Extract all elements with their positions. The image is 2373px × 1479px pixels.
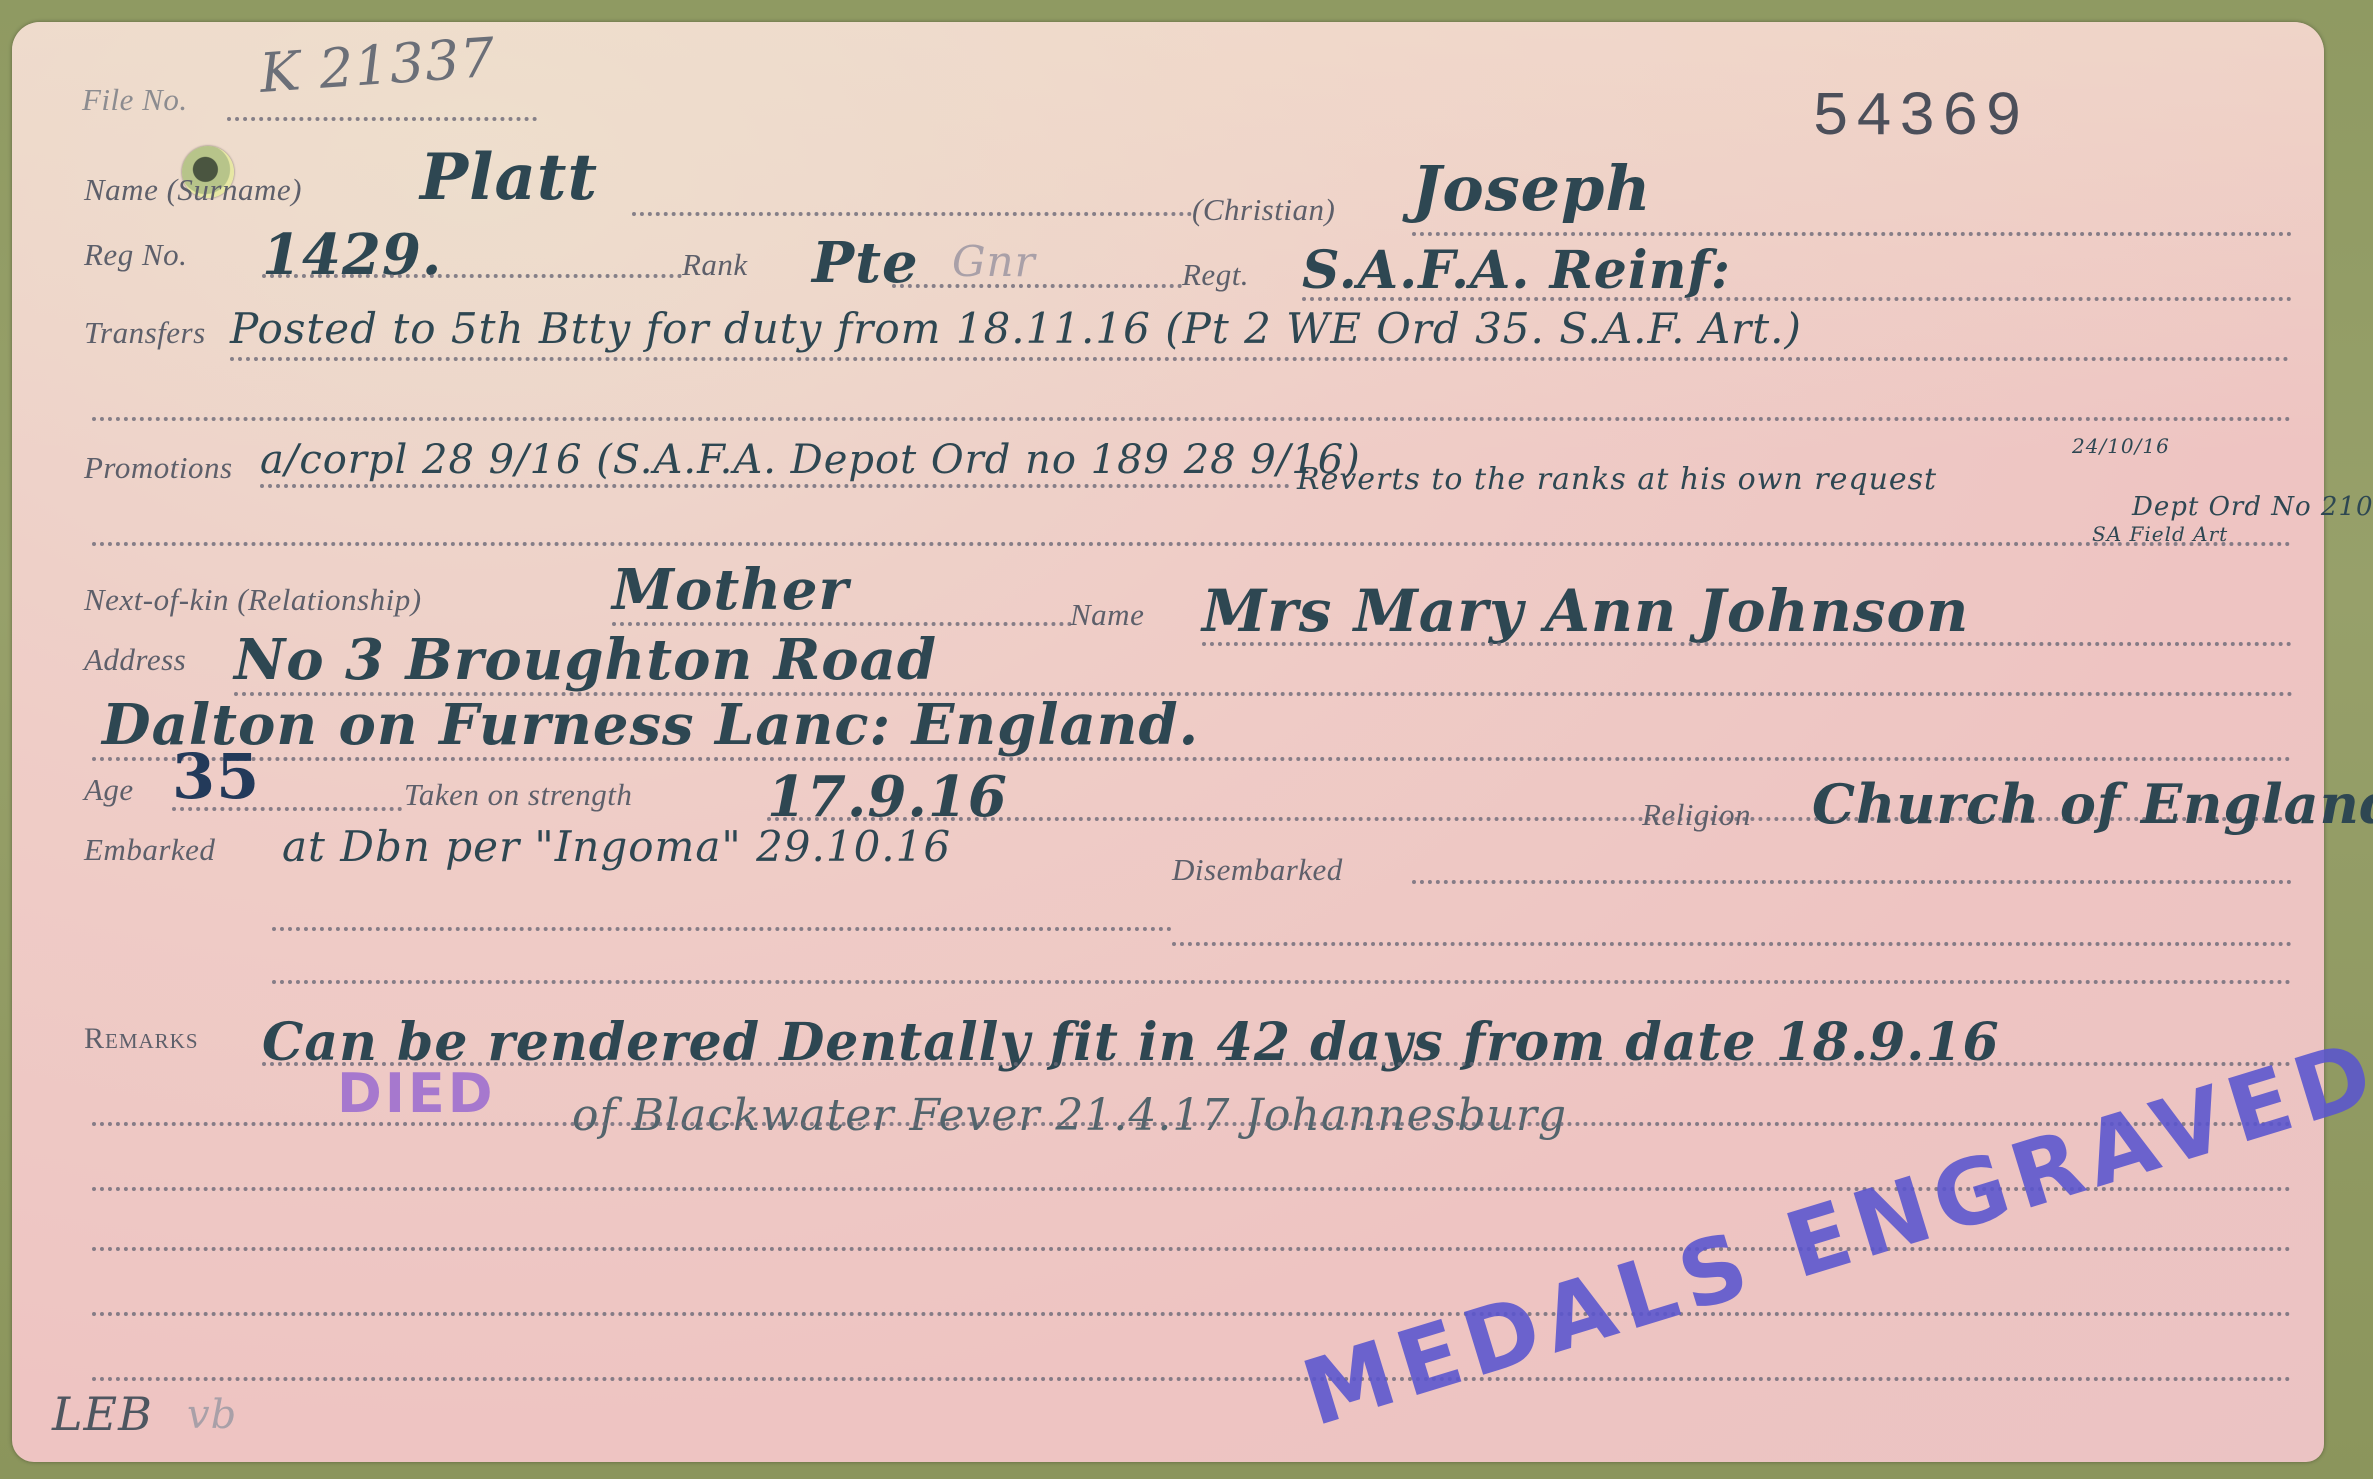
remarks-dots-6 (92, 1377, 2292, 1381)
surname-dots (632, 212, 1192, 216)
disembarked-dots-2 (1172, 942, 2292, 946)
age-dots (172, 807, 402, 811)
reg-no-dots (262, 274, 682, 278)
transfers-label: Transfers (84, 315, 206, 351)
embarked-dots-3 (272, 980, 2292, 984)
nok-relationship-value: Mother (612, 557, 849, 623)
embarked-dots-2 (272, 927, 1172, 931)
remarks-dots (262, 1062, 2292, 1066)
remarks-line2: of Blackwater Fever 21.4.17 Johannesburg (572, 1090, 1567, 1141)
nok-relationship-label: Next-of-kin (Relationship) (84, 582, 422, 618)
regt-dots (1302, 297, 2292, 301)
nok-relationship-dots (612, 622, 1072, 626)
medals-engraved-stamp: MEDALS ENGRAVED (1291, 1020, 2373, 1447)
pencil-initials: vb (187, 1392, 237, 1438)
promotions-note-ref: Dept Ord No 210 (2132, 492, 2373, 522)
regt-value: S.A.F.A. Reinf: (1302, 240, 1731, 301)
remarks-dots-2 (92, 1122, 2292, 1126)
christian-value: Joseph (1412, 152, 1651, 225)
religion-value: Church of England (1812, 772, 2373, 836)
rank-label: Rank (682, 247, 748, 283)
promotions-line1: a/corpl 28 9/16 (S.A.F.A. Depot Ord no 1… (260, 437, 1361, 483)
rank-pencil-note: Gnr (952, 237, 1036, 286)
serial-number: 54369 (1812, 82, 2028, 153)
promotions-note-date: 24/10/16 (2072, 434, 2170, 458)
regt-label: Regt. (1182, 257, 1249, 293)
religion-label: Religion (1642, 797, 1751, 833)
file-no-value: K 21337 (258, 26, 498, 105)
age-label: Age (84, 772, 134, 808)
nok-name-value: Mrs Mary Ann Johnson (1202, 577, 1969, 645)
reg-no-label: Reg No. (84, 237, 187, 273)
address-line1: No 3 Broughton Road (234, 627, 937, 693)
address-line2: Dalton on Furness Lanc: England. (102, 692, 1199, 758)
promotions-label: Promotions (84, 450, 233, 486)
rank-dots (892, 284, 1182, 288)
service-record-card: 54369 File No. K 21337 Name (Surname) Pl… (12, 22, 2324, 1462)
address-dots-2 (92, 757, 2292, 761)
remarks-dots-5 (92, 1312, 2292, 1316)
surname-value: Platt (420, 140, 598, 215)
age-value: 35 (172, 740, 260, 813)
remarks-label: Remarks (84, 1022, 199, 1056)
promotions-dots (260, 484, 1290, 488)
promotions-dots-2 (92, 542, 2292, 546)
clerk-initials: LEB (52, 1387, 153, 1441)
name-label: Name (Surname) (84, 172, 302, 208)
disembarked-dots (1412, 880, 2292, 884)
transfers-value: Posted to 5th Btty for duty from 18.11.1… (230, 304, 1802, 353)
embarked-value: at Dbn per "Ingoma" 29.10.16 (282, 822, 951, 871)
reg-no-value: 1429. (262, 222, 442, 288)
nok-name-dots (1202, 642, 2292, 646)
embarked-label: Embarked (84, 832, 215, 868)
transfers-dots-2 (92, 417, 2292, 421)
died-stamp: DIED (337, 1062, 496, 1125)
transfers-dots (230, 357, 2290, 361)
christian-label: (Christian) (1192, 192, 1335, 228)
promotions-line2: Reverts to the ranks at his own request (1297, 462, 1937, 497)
address-label: Address (84, 642, 186, 678)
taken-on-strength-label: Taken on strength (404, 777, 632, 813)
file-no-dots (227, 117, 537, 121)
file-no-label: File No. (82, 82, 188, 118)
nok-name-label: Name (1070, 597, 1144, 633)
christian-dots (1412, 232, 2292, 236)
disembarked-label: Disembarked (1172, 852, 1343, 888)
